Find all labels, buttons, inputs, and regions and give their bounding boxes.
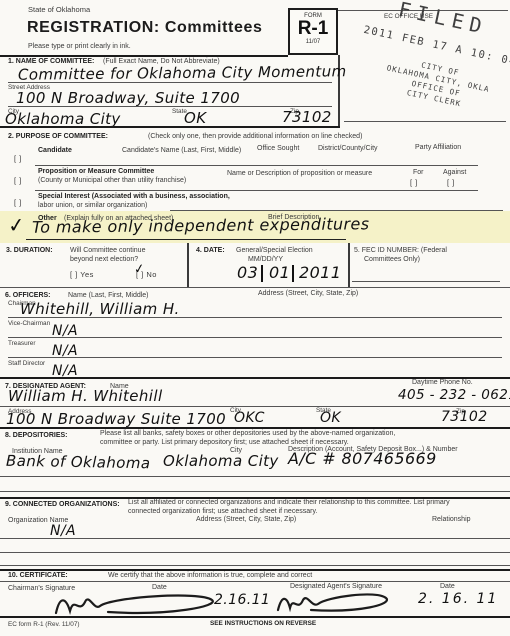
for-label: For bbox=[413, 169, 424, 177]
form-id-footer: EC form R-1 (Rev. 11/07) bbox=[8, 621, 80, 628]
institution-value: Bank of Oklahoma bbox=[6, 452, 151, 473]
scanned-form-page: State of Oklahoma REGISTRATION: Committe… bbox=[0, 0, 510, 636]
rule bbox=[0, 476, 510, 477]
description-value: A/C # 807465669 bbox=[288, 449, 437, 468]
proposition-note: (County or Municipal other than utility … bbox=[38, 177, 186, 185]
rule bbox=[8, 106, 332, 107]
office-sought-column: Office Sought bbox=[257, 145, 299, 153]
rule bbox=[0, 581, 510, 582]
rule bbox=[8, 82, 332, 83]
duration-question-line2: beyond next election? bbox=[70, 256, 138, 264]
form-number: R-1 bbox=[290, 19, 336, 39]
rule bbox=[8, 317, 502, 318]
agent-signature bbox=[273, 589, 403, 617]
rule bbox=[0, 287, 510, 288]
rule bbox=[344, 121, 506, 122]
connected-orgs-note2: connected organization first; use attach… bbox=[128, 508, 317, 516]
special-interest-line2: labor union, or similar organization) bbox=[38, 202, 147, 210]
section3-label: 3. DURATION: bbox=[6, 247, 53, 255]
rule bbox=[0, 616, 510, 618]
relationship-column: Relationship bbox=[432, 516, 471, 524]
other-value: To make only independent expenditures bbox=[32, 214, 370, 237]
against-label: Against bbox=[443, 169, 466, 177]
agent-date-label: Date bbox=[440, 583, 455, 591]
section6-label: 6. OFFICERS: bbox=[5, 292, 51, 300]
rule bbox=[348, 243, 350, 287]
rule bbox=[0, 126, 340, 128]
certificate-note: We certify that the above information is… bbox=[108, 572, 312, 580]
form-revision: 11/07 bbox=[290, 39, 336, 45]
state-of-oklahoma: State of Oklahoma bbox=[28, 6, 90, 15]
special-interest-checkbox: [ ] bbox=[14, 198, 22, 207]
date-note1: General/Special Election bbox=[236, 247, 313, 255]
rule bbox=[187, 243, 189, 287]
treasurer-label: Treasurer bbox=[8, 340, 35, 347]
section2-note: (Check only one, then provide additional… bbox=[148, 133, 362, 141]
committee-name-value: Committee for Oklahoma City Momentum bbox=[18, 62, 347, 83]
chairman-date-value: 2.16.11 bbox=[214, 592, 270, 608]
date-separator bbox=[261, 265, 263, 282]
form-number-box: FORM R-1 11/07 bbox=[288, 8, 338, 55]
instructions-note: SEE INSTRUCTIONS ON REVERSE bbox=[210, 620, 316, 627]
for-checkbox: [ ] bbox=[410, 178, 418, 187]
rule bbox=[35, 165, 478, 166]
section8-label: 8. DEPOSITORIES: bbox=[5, 432, 68, 440]
other-checkmark: ✓ bbox=[7, 212, 26, 238]
depositories-note1: Please list all banks, safety boxes or o… bbox=[100, 430, 395, 438]
rule bbox=[0, 565, 510, 566]
candidate-name-column: Candidate's Name (Last, First, Middle) bbox=[122, 147, 241, 155]
rule bbox=[352, 281, 500, 282]
section4-label: 4. DATE: bbox=[196, 247, 225, 255]
zip-value: 73102 bbox=[282, 108, 332, 126]
date-dd-value: 01 bbox=[269, 263, 290, 282]
agent-address-value: 100 N Broadway Suite 1700 bbox=[6, 410, 226, 428]
chairman-signature bbox=[50, 589, 230, 619]
section2-label: 2. PURPOSE OF COMMITTEE: bbox=[8, 133, 108, 141]
candidate-checkbox: [ ] bbox=[14, 154, 22, 163]
phone-value: 405 - 232 - 0621 bbox=[398, 387, 510, 403]
rule bbox=[0, 569, 510, 571]
rule bbox=[0, 552, 510, 553]
organization-value: N/A bbox=[50, 523, 76, 539]
staff-director-label: Staff Director bbox=[8, 360, 45, 367]
special-interest-line1: Special Interest (Associated with a busi… bbox=[38, 193, 230, 201]
agent-state-value: OK bbox=[320, 410, 341, 426]
agent-date-value: 2. 16. 11 bbox=[418, 591, 498, 607]
rule bbox=[26, 239, 346, 240]
candidate-label: Candidate bbox=[38, 147, 72, 155]
against-checkbox: [ ] bbox=[447, 178, 455, 187]
chairman-value: Whitehill, William H. bbox=[20, 300, 180, 318]
duration-question-line1: Will Committee continue bbox=[70, 247, 145, 255]
agent-city-value: OKC bbox=[234, 410, 265, 426]
vice-chairman-label: Vice-Chairman bbox=[8, 320, 50, 327]
agent-zip-value: 73102 bbox=[441, 409, 488, 425]
agent-name-value: William H. Whitehill bbox=[8, 387, 163, 405]
rule bbox=[8, 357, 502, 358]
org-address-column: Address (Street, City, State, Zip) bbox=[196, 516, 296, 524]
depository-city-value: Oklahoma City bbox=[163, 452, 279, 470]
section5-line1: 5. FEC ID NUMBER: (Federal bbox=[354, 247, 447, 255]
yes-checkbox: [ ] Yes bbox=[70, 270, 94, 279]
section9-label: 9. CONNECTED ORGANIZATIONS: bbox=[5, 501, 120, 509]
rule bbox=[0, 491, 510, 492]
section10-label: 10. CERTIFICATE: bbox=[8, 572, 68, 580]
rule bbox=[35, 190, 478, 191]
section5-line2: Committees Only) bbox=[364, 256, 420, 264]
rule bbox=[0, 55, 288, 57]
street-address-value: 100 N Broadway, Suite 1700 bbox=[16, 89, 240, 107]
district-column: District/County/City bbox=[318, 145, 378, 153]
state-value: OK bbox=[184, 109, 206, 127]
city-clerk-stamp: CITY OF OKLAHOMA CITY, OKLA OFFICE OF CI… bbox=[375, 52, 499, 116]
proposition-label: Proposition or Measure Committee bbox=[38, 168, 154, 176]
date-separator bbox=[292, 265, 294, 282]
date-yy-value: 2011 bbox=[299, 263, 341, 282]
rule bbox=[0, 406, 510, 407]
print-instruction: Please type or print clearly in ink. bbox=[28, 43, 131, 51]
page-title: REGISTRATION: Committees bbox=[27, 19, 262, 37]
proposition-checkbox: [ ] bbox=[14, 176, 22, 185]
no-checkmark: ✓ bbox=[133, 261, 146, 277]
party-affiliation-column: Party Affiliation bbox=[415, 144, 461, 152]
date-mm-value: 03 bbox=[237, 263, 258, 282]
rule bbox=[8, 337, 502, 338]
officers-name-column: Name (Last, First, Middle) bbox=[68, 292, 149, 300]
rule bbox=[0, 538, 510, 539]
officers-address-column: Address (Street, City, State, Zip) bbox=[258, 290, 358, 298]
rule bbox=[0, 427, 510, 429]
daytime-phone-label: Daytime Phone No. bbox=[412, 379, 473, 387]
proposition-desc-column: Name or Description of proposition or me… bbox=[227, 170, 372, 178]
connected-orgs-note1: List all affiliated or connected organiz… bbox=[128, 499, 450, 507]
